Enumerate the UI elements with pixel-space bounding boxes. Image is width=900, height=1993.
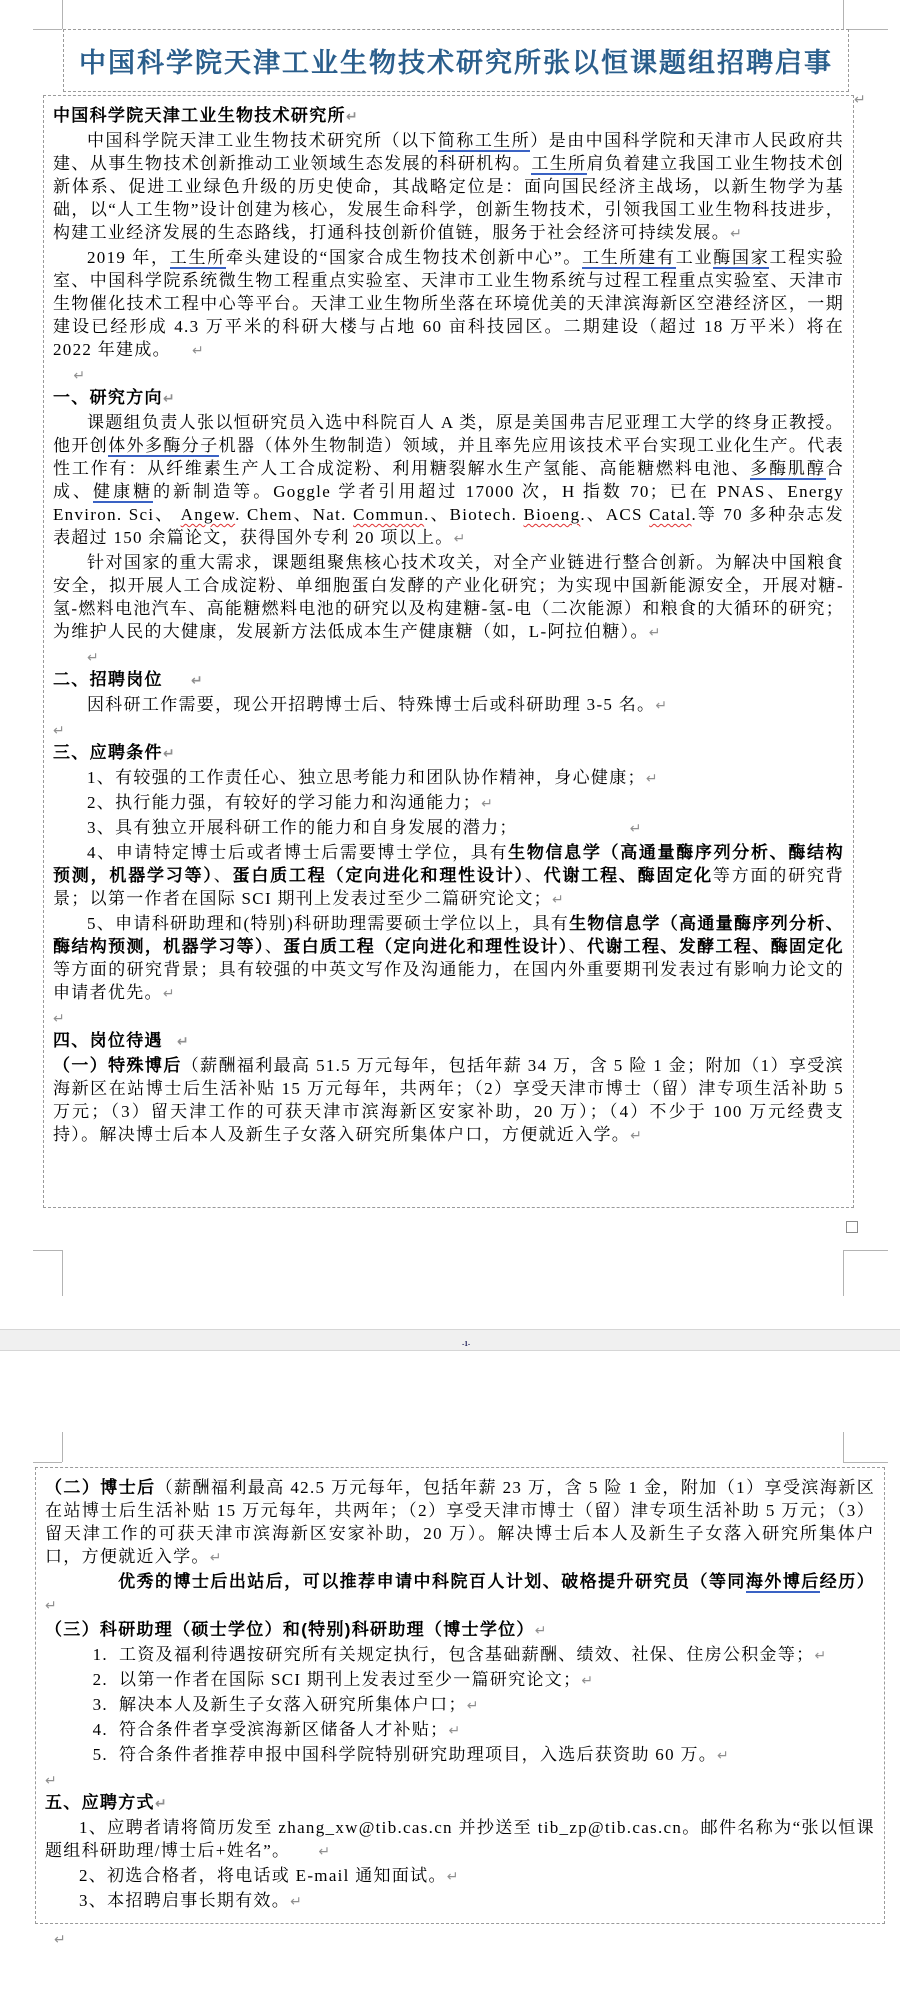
paragraph[interactable]: ↵: [53, 1006, 844, 1029]
text-run: 1、应聘者请将简历发至 zhang_xw@tib.cas.cn 并抄送至 tib…: [45, 1818, 875, 1860]
text-run: 中国科学院天津工业生物技术研究所: [53, 106, 346, 125]
paragraph[interactable]: 1、有较强的工作责任心、独立思考能力和团队协作精神，身心健康；↵: [53, 766, 844, 791]
text-run: 1. 工资及福利待遇按研究所有关规定执行，包含基础薪酬、绩效、社保、住房公积金等…: [93, 1645, 815, 1664]
text-run: . Chem、Nat.: [235, 505, 353, 524]
paragraph-mark-icon: ↵: [467, 1698, 479, 1714]
paragraph-mark-icon: ↵: [191, 673, 203, 689]
text-run: 4. 符合条件者享受滨海新区储备人才补贴；: [93, 1720, 449, 1739]
text-run: 四、岗位待遇: [53, 1031, 163, 1050]
paragraph[interactable]: 2、执行能力强，有较好的学习能力和沟通能力；↵: [53, 791, 844, 816]
paragraph-mark-icon: ↵: [53, 723, 65, 739]
paragraph-mark-icon: ↵: [318, 1844, 330, 1860]
paragraph-mark-icon: ↵: [45, 1598, 57, 1614]
text-run: Bioeng: [523, 505, 580, 524]
paragraph-mark-icon: ↵: [45, 1773, 57, 1789]
paragraph[interactable]: 4. 符合条件者享受滨海新区储备人才补贴；↵: [45, 1718, 875, 1743]
paragraph[interactable]: 3、具有独立开展科研工作的能力和自身发展的潜力；↵: [53, 816, 844, 841]
paragraph[interactable]: 3、本招聘启事长期有效。↵: [45, 1889, 875, 1914]
text-run: 2. 以第一作者在国际 SCI 期刊上发表过至少一篇研究论文；: [93, 1670, 582, 1689]
text-run: 一、研究方向: [53, 388, 163, 407]
text-run: 海外博后: [746, 1572, 820, 1593]
paragraph[interactable]: （一）特殊博后（薪酬福利最高 51.5 万元每年，包括年薪 34 万，含 5 险…: [53, 1054, 844, 1148]
paragraph-mark-icon: ↵: [717, 1748, 729, 1764]
text-run: 代谢工程、发酵工程、酶固定化: [587, 937, 844, 956]
paragraph[interactable]: ↵: [53, 363, 844, 386]
paragraph-mark-icon: ↵: [581, 1673, 593, 1689]
text-run: 、: [569, 937, 587, 956]
text-run: Angew: [181, 505, 236, 524]
paragraph-mark-icon: ↵: [346, 109, 358, 125]
margin-corner-mark: [62, 1432, 63, 1462]
paragraph[interactable]: 4、申请特定博士后或者博士后需要博士学位，具有生物信息学（高通量酶序列分析、酶结…: [53, 841, 844, 912]
text-run: 2、初选合格者，将电话或 E-mail 通知面试。: [79, 1866, 447, 1885]
paragraph-mark-icon: ↵: [192, 343, 204, 359]
text-run: 优秀的博士后出站后，可以推荐申请中科院百人计划、破格提升研究员（等同: [118, 1572, 746, 1591]
text-run: 2019 年，: [87, 248, 170, 267]
text-run: .、ACS: [580, 505, 649, 524]
paragraph-mark-icon: ↵: [814, 1648, 826, 1664]
text-run: 2、执行能力强，有较好的学习能力和沟通能力；: [87, 793, 481, 812]
document-canvas: 中国科学院天津工业生物技术研究所张以恒课题组招聘启事 ↵ 中国科学院天津工业生物…: [0, 0, 900, 1993]
page-break-gap: -1-: [0, 1329, 900, 1351]
text-run: 蛋白质工程（定向进化和理性设计）: [283, 937, 568, 956]
paragraph-mark-icon: ↵: [177, 1034, 189, 1050]
text-run: 3、本招聘启事长期有效。: [79, 1891, 290, 1910]
text-run: 工生所: [170, 248, 226, 269]
paragraph[interactable]: 一、研究方向↵: [53, 386, 844, 411]
paragraph-mark-icon: ↵: [655, 698, 667, 714]
paragraph-mark-icon: ↵: [163, 746, 175, 762]
paragraph[interactable]: 5. 符合条件者推荐申报中国科学院特别研究助理项目，入选后获资助 60 万。↵: [45, 1743, 875, 1768]
body-text-frame-page2[interactable]: （二）博士后（薪酬福利最高 42.5 万元每年，包括年薪 23 万，含 5 险 …: [35, 1467, 885, 1924]
paragraph[interactable]: 四、岗位待遇↵: [53, 1029, 844, 1054]
paragraph-mark-icon: ↵: [730, 226, 742, 242]
text-run: .、Biotech.: [424, 505, 523, 524]
text-run: 3. 解决本人及新生子女落入研究所集体户口；: [93, 1695, 467, 1714]
text-run: 、: [525, 866, 544, 885]
paragraph[interactable]: 五、应聘方式↵: [45, 1791, 875, 1816]
text-run: 工生所: [531, 154, 586, 175]
paragraph-mark-icon: ↵: [53, 1011, 65, 1027]
paragraph-mark-icon: ↵: [448, 1723, 460, 1739]
paragraph-mark-icon: ↵: [630, 821, 642, 837]
document-title: 中国科学院天津工业生物技术研究所张以恒课题组招聘启事: [79, 41, 833, 80]
text-run: 三、应聘条件: [53, 743, 163, 762]
paragraph-mark-icon: ↵: [649, 625, 661, 641]
text-run: （一）特殊博后: [53, 1056, 182, 1075]
text-run: 经历）: [820, 1572, 875, 1591]
text-run: （三）科研助理（硕士学位）和(特别)科研助理（博士学位）: [45, 1620, 535, 1639]
paragraph[interactable]: 1. 工资及福利待遇按研究所有关规定执行，包含基础薪酬、绩效、社保、住房公积金等…: [45, 1643, 875, 1668]
text-run: 4、申请特定博士后或者博士后需要博士学位，具有: [87, 843, 508, 862]
paragraph[interactable]: 三、应聘条件↵: [53, 741, 844, 766]
paragraph-mark-icon: ↵: [454, 531, 466, 547]
margin-corner-mark: [33, 1250, 62, 1251]
paragraph-mark-icon: ↵: [210, 1550, 222, 1566]
paragraph[interactable]: （三）科研助理（硕士学位）和(特别)科研助理（博士学位）↵: [45, 1618, 875, 1643]
paragraph[interactable]: 5、申请科研助理和(特别)科研助理需要硕士学位以上，具有生物信息学（高通量酶序列…: [53, 912, 844, 1006]
paragraph[interactable]: ↵: [53, 645, 844, 668]
margin-corner-mark: [843, 1250, 888, 1251]
paragraph[interactable]: 优秀的博士后出站后，可以推荐申请中科院百人计划、破格提升研究员（等同海外博后经历…: [45, 1570, 875, 1618]
text-run: Catal: [649, 505, 691, 524]
text-run: 、: [214, 866, 233, 885]
paragraph-mark-icon: ↵: [447, 1869, 459, 1885]
paragraph-mark-icon: ↵: [163, 391, 175, 407]
paragraph-mark-icon: ↵: [155, 1796, 167, 1812]
paragraph-mark-icon: ↵: [73, 368, 85, 384]
text-run: 5. 符合条件者推荐申报中国科学院特别研究助理项目，入选后获资助 60 万。: [93, 1745, 717, 1764]
paragraph[interactable]: 2、初选合格者，将电话或 E-mail 通知面试。↵: [45, 1864, 875, 1889]
text-run: 工业: [676, 248, 714, 267]
frame-resize-handle[interactable]: [846, 1221, 858, 1233]
text-run: 1、有较强的工作责任心、独立思考能力和团队协作精神，身心健康；: [87, 768, 646, 787]
paragraph-mark-icon: ↵: [854, 92, 866, 108]
paragraph[interactable]: 2. 以第一作者在国际 SCI 期刊上发表过至少一篇研究论文；↵: [45, 1668, 875, 1693]
text-run: 蛋白质工程（定向进化和理性设计）: [233, 866, 525, 885]
paragraph[interactable]: 因科研工作需要，现公开招聘博士后、特殊博士后或科研助理 3-5 名。↵: [53, 693, 844, 718]
text-run: 3、具有独立开展科研工作的能力和自身发展的潜力；: [87, 818, 518, 837]
text-run: （二）博士后: [45, 1478, 156, 1497]
paragraph-mark-icon: ↵: [290, 1894, 302, 1910]
text-run: 针对国家的重大需求，课题组聚焦核心技术攻关，对全产业链进行整合创新。为解决中国粮…: [53, 553, 844, 641]
paragraph[interactable]: ↵: [53, 718, 844, 741]
paragraph-mark-icon: ↵: [535, 1623, 547, 1639]
text-run: Commun: [353, 505, 424, 524]
text-run: 工生所建有: [582, 248, 676, 269]
text-run: 健康糖: [93, 482, 153, 503]
margin-corner-mark: [33, 1462, 62, 1463]
paragraph[interactable]: 二、招聘岗位↵: [53, 668, 844, 693]
text-run: 多酶肌醇: [750, 459, 825, 480]
paragraph-mark-icon: ↵: [646, 771, 658, 787]
paragraph[interactable]: 针对国家的重大需求，课题组聚焦核心技术攻关，对全产业链进行整合创新。为解决中国粮…: [53, 551, 844, 645]
text-run: 体外多酶分子: [108, 436, 218, 457]
paragraph-mark-icon: ↵: [163, 986, 175, 1002]
paragraph[interactable]: 1、应聘者请将简历发至 zhang_xw@tib.cas.cn 并抄送至 tib…: [45, 1816, 875, 1864]
paragraph[interactable]: （二）博士后（薪酬福利最高 42.5 万元每年，包括年薪 23 万，含 5 险 …: [45, 1476, 875, 1570]
margin-corner-mark: [62, 1250, 63, 1296]
paragraph[interactable]: ↵: [45, 1768, 875, 1791]
margin-corner-mark: [843, 1432, 844, 1462]
text-run: 、: [265, 937, 283, 956]
text-run: 中国科学院天津工业生物技术研究所（以下: [87, 131, 438, 150]
paragraph-mark-icon: ↵: [481, 796, 493, 812]
text-run: （薪酬福利最高 42.5 万元每年，包括年薪 23 万，含 5 险 1 金，附加…: [45, 1478, 875, 1566]
margin-corner-mark: [62, 0, 63, 29]
body-text-frame-page1[interactable]: 中国科学院天津工业生物技术研究所↵中国科学院天津工业生物技术研究所（以下简称工生…: [43, 95, 854, 1208]
text-run: 牵头建设的“国家合成生物技术创新中心”。: [226, 248, 582, 267]
paragraph-mark-icon: ↵: [552, 892, 564, 908]
title-text-frame[interactable]: 中国科学院天津工业生物技术研究所张以恒课题组招聘启事: [63, 29, 849, 92]
text-run: 酶国家: [713, 248, 769, 269]
margin-corner-mark: [33, 29, 62, 30]
paragraph-mark-icon: ↵: [630, 1128, 642, 1144]
margin-corner-mark: [843, 0, 844, 29]
text-run: 5、申请科研助理和(特别)科研助理需要硕士学位以上，具有: [87, 914, 569, 933]
margin-corner-mark: [843, 1462, 888, 1463]
text-run: 代谢工程、酶固定化: [544, 866, 713, 885]
paragraph[interactable]: 中国科学院天津工业生物技术研究所（以下简称工生所）是由中国科学院和天津市人民政府…: [53, 129, 844, 246]
page-number-marker: -1-: [462, 1341, 470, 1348]
paragraph-mark-icon: ↵: [87, 650, 99, 666]
text-run: 五、应聘方式: [45, 1793, 155, 1812]
paragraph[interactable]: 中国科学院天津工业生物技术研究所↵: [53, 104, 844, 129]
text-run: 简称工生所: [438, 131, 530, 152]
paragraph-mark-icon: ↵: [54, 1932, 66, 1948]
text-run: 因科研工作需要，现公开招聘博士后、特殊博士后或科研助理 3-5 名。: [87, 695, 655, 714]
paragraph[interactable]: 2019 年，工生所牵头建设的“国家合成生物技术创新中心”。工生所建有工业酶国家…: [53, 246, 844, 363]
paragraph[interactable]: 课题组负责人张以恒研究员入选中科院百人 A 类，原是美国弗吉尼亚理工大学的终身正…: [53, 411, 844, 551]
text-run: 二、招聘岗位: [53, 670, 163, 689]
margin-corner-mark: [843, 29, 888, 30]
paragraph[interactable]: 3. 解决本人及新生子女落入研究所集体户口；↵: [45, 1693, 875, 1718]
margin-corner-mark: [843, 1250, 844, 1296]
